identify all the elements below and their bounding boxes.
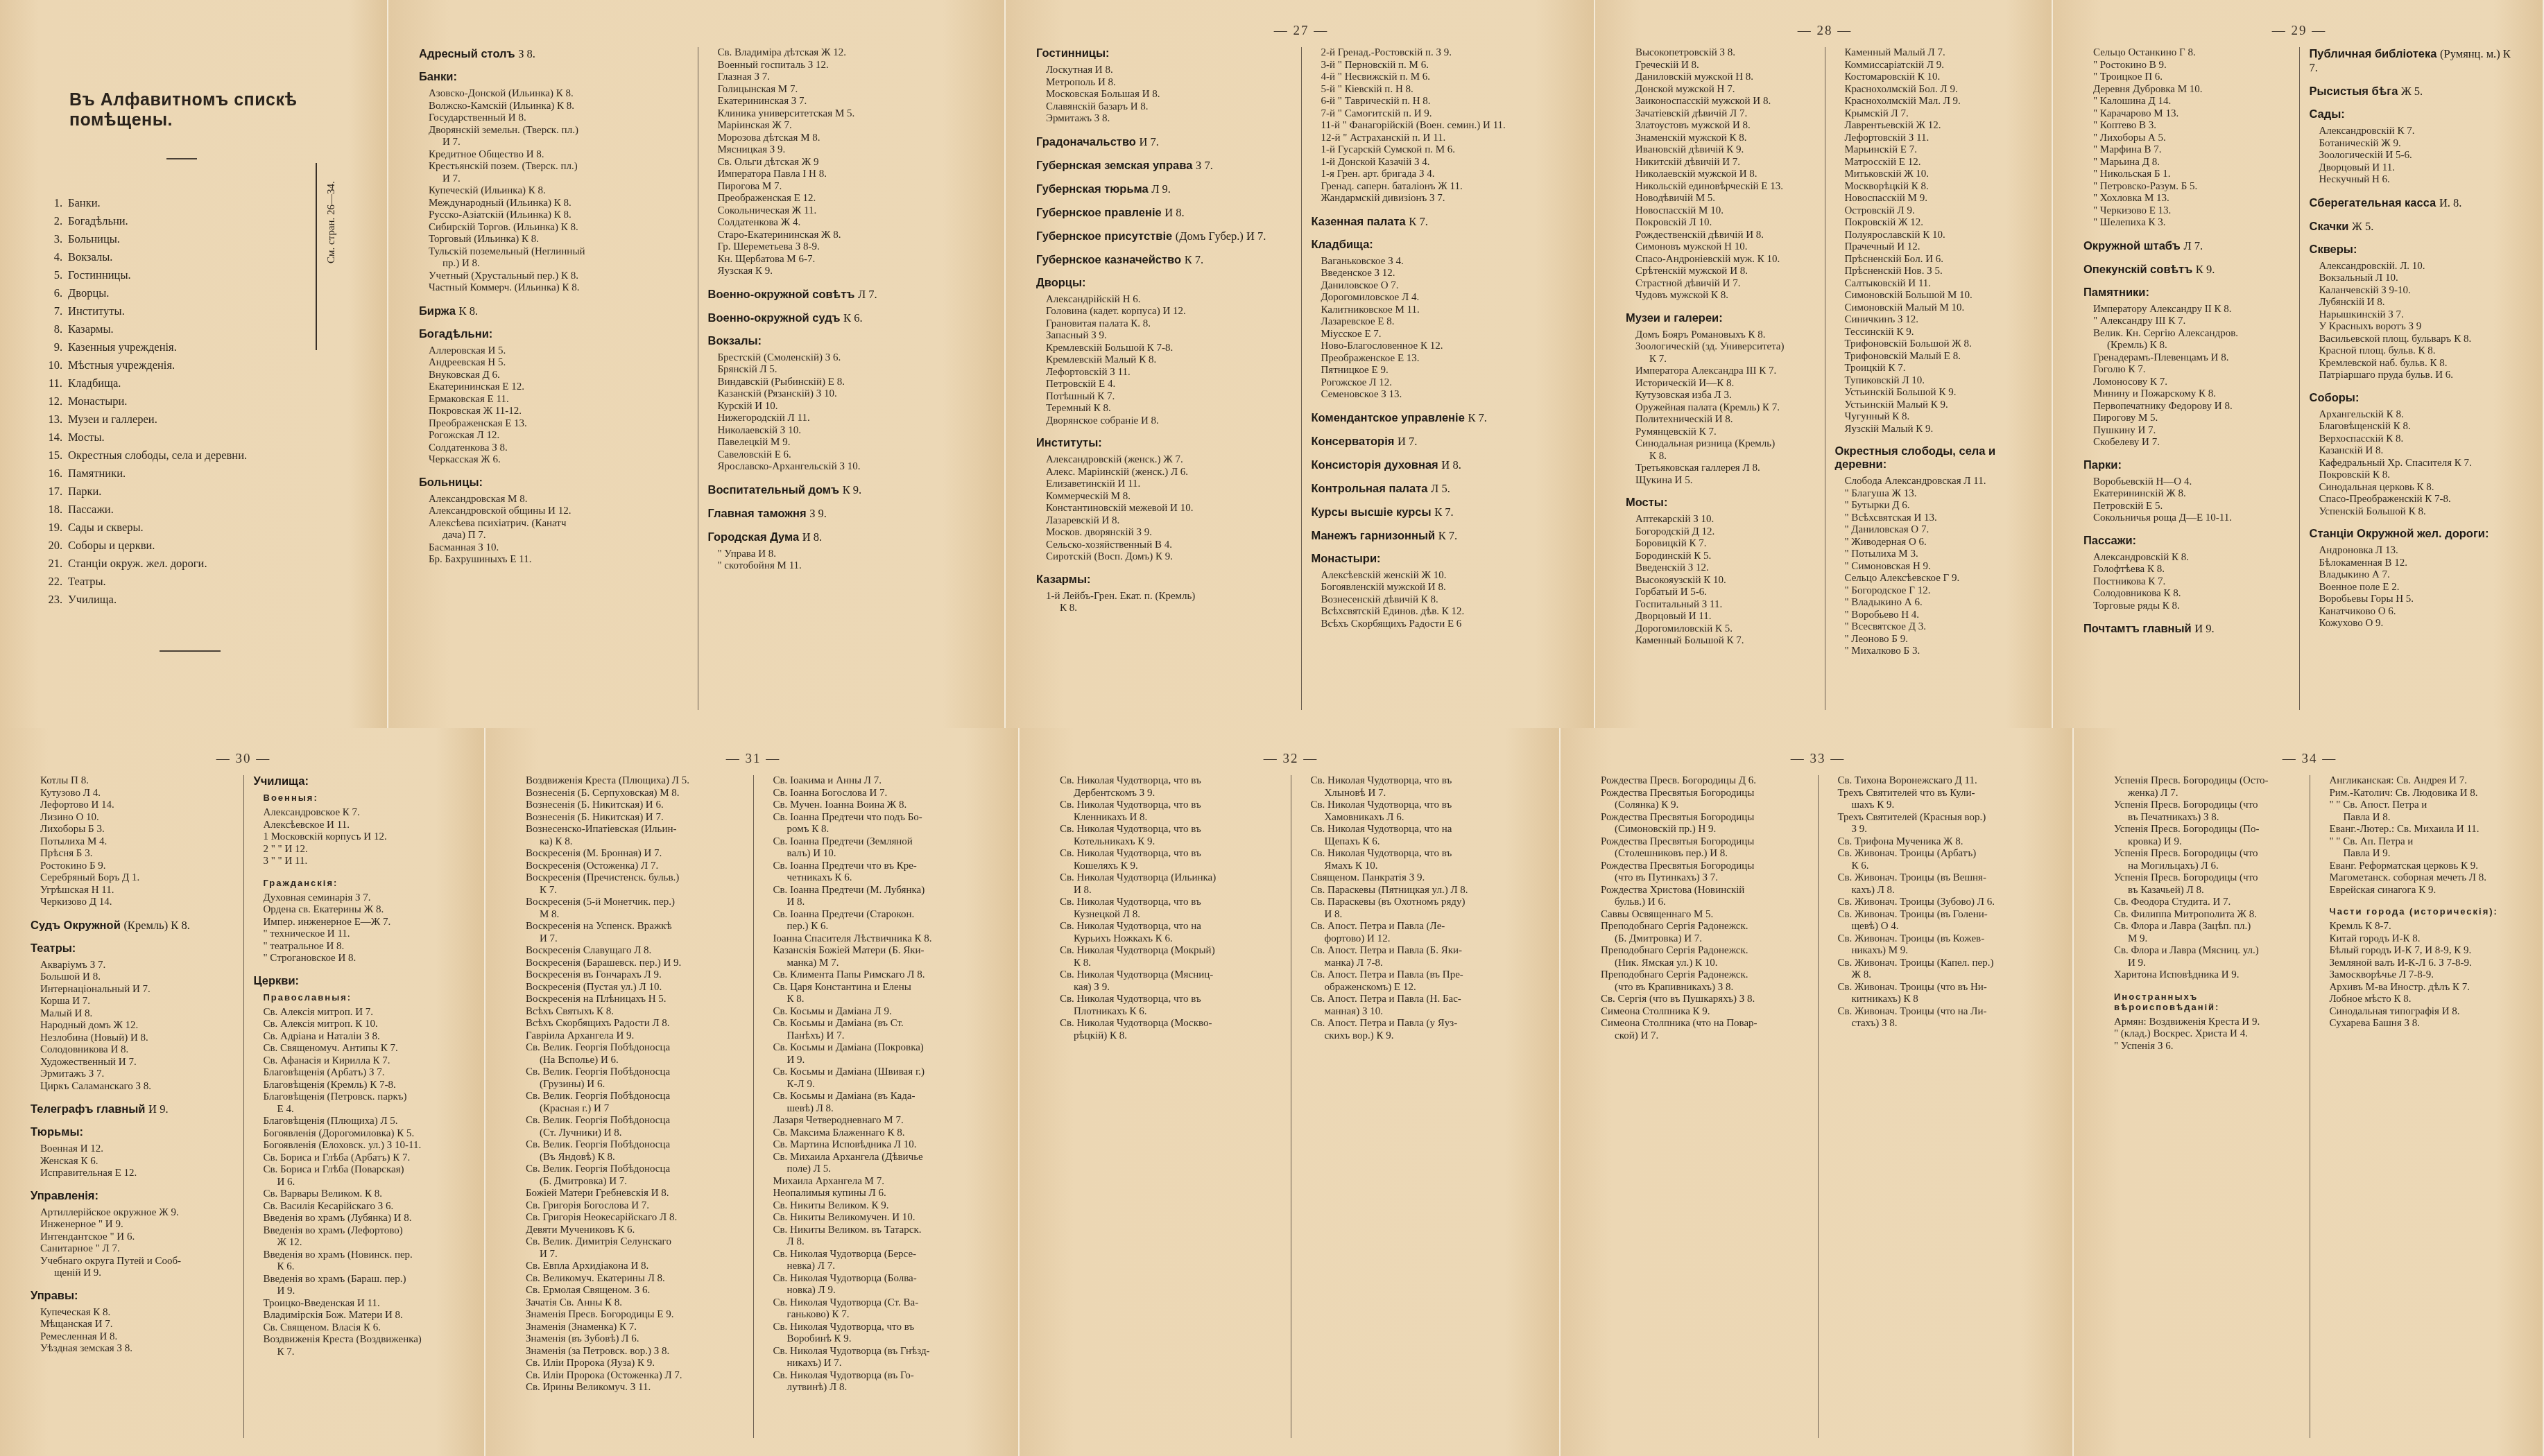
index-entry: Богоявленія (Дорогомиловка) К 5. [254, 1128, 457, 1141]
section-title: Дворцы: [1036, 277, 1086, 289]
index-section: 2-й Гренад.-Ростовскій п. З 9.3-й " Перн… [1312, 47, 1567, 205]
index-entry: Всѣхъ Скорбящихъ Радости Е 6 [1312, 618, 1567, 631]
index-entry: Св. Іоанна Предтечи (М. Лубянка) [764, 885, 991, 897]
index-entry: Св. Флора и Лавра (Зацѣп. пл.) [2104, 921, 2300, 933]
index-entry: Черкизово Д 14. [31, 896, 234, 909]
index-entry: Матросскій Е 12. [1835, 157, 2025, 169]
index-entry: Саввы Освященнаго М 5. [1591, 909, 1808, 921]
index-section: Вокзалы:Брестскій (Смоленскій) З 6.Брянс… [708, 335, 977, 474]
index-entry: Торговый (Ильинка) К 8. [419, 234, 688, 246]
index-entry: Елизаветинскій И 11. [1036, 478, 1291, 491]
index-entry: Прѣсненскій Бол. И 6. [1835, 254, 2025, 266]
index-entry: Симоновъ мужской Н 10. [1626, 241, 1815, 254]
index-entry: Рождества Пресв. Богородицы Д 6. [1591, 775, 1808, 788]
section-heading: Театры: [31, 942, 234, 955]
index-entry: " театральное И 8. [254, 941, 457, 953]
index-entry: Св. Николая Чудотворца (Ст. Ва- [764, 1297, 991, 1310]
index-entry: Художественный И 7. [31, 1057, 234, 1069]
section-heading: Рысистыя бѣга Ж 5. [2310, 85, 2516, 98]
grid-reference: Л 7. [2183, 239, 2203, 252]
index-entry: Московская Большая И 8. [1036, 89, 1291, 101]
index-entry: Бѣлокаменная В 12. [2310, 557, 2516, 570]
index-entry: Св. Иліи Пророка (Яуза) К 9. [516, 1358, 744, 1370]
index-entry: Черкасская Ж 6. [419, 454, 688, 467]
index-entry: Еванг. Реформатская церковь К 9. [2320, 860, 2516, 873]
entry-continuation: четникахъ К 6. [764, 872, 991, 885]
item-label: Парки. [68, 485, 101, 498]
index-entry: Лазаревскій И 8. [1036, 515, 1291, 528]
section-title: Губернская тюрьма [1036, 183, 1149, 196]
grid-reference: К 7. [1185, 253, 1204, 266]
index-section: Кладбища:Ваганьковское З 4.Введенское З … [1312, 239, 1567, 401]
entry-continuation: ромъ К 8. [764, 824, 991, 836]
index-entry: Всѣхсвятскій Единов. дѣв. К 12. [1312, 606, 1567, 618]
index-entry: Лазаря Четверодневнаго М 7. [764, 1115, 991, 1127]
index-section: Гражданскія:Духовная семинарія З 7.Орден… [254, 878, 457, 965]
index-entry: Александровское К 7. [254, 807, 457, 820]
index-section: Св. Николая Чудотворца, что въХлыновѣ И … [1301, 775, 1532, 1042]
index-entry: Св. Велик. Георгія Побѣдоносца [516, 1139, 744, 1152]
index-entry: Зоологическій (зд. Университета) [1626, 341, 1815, 354]
index-entry: Тупиковскій Л 10. [1835, 375, 2025, 388]
index-entry: Архангельскій К 8. [2310, 409, 2516, 422]
index-entry: Священом. Панкратія З 9. [1301, 872, 1532, 885]
section-title: Парки: [2083, 459, 2122, 471]
entry-continuation: (Кремль) К 8. [2083, 340, 2289, 352]
index-entry: Нескучный Н 6. [2310, 174, 2516, 187]
item-number: 22. [42, 573, 62, 591]
index-entry: Глазная З 7. [708, 71, 977, 84]
page-29: — 29 —Сельцо Останкино Г 8." Ростокино В… [2053, 0, 2544, 728]
index-entry: Велик. Кн. Сергію Александров. [2083, 328, 2289, 340]
index-section: Богадѣльни:Аллеровская И 5.Андреевская Н… [419, 328, 688, 467]
index-entry: Іоанна Спасителя Лѣствичника К 8. [764, 933, 991, 946]
index-entry: Св. Косьмы и Даміана (Покровка) [764, 1042, 991, 1055]
index-section: Управленія:Артиллерійское окружное Ж 9.И… [31, 1190, 234, 1280]
index-entry: Императора Павла I Н 8. [708, 168, 977, 181]
entry-continuation: Котельникахъ К 9. [1050, 836, 1281, 849]
index-section: Консерваторія И 7. [1312, 435, 1567, 449]
entry-continuation: никахъ) И 7. [764, 1358, 991, 1370]
page-31: — 31 —Воздвиженія Креста (Плющиха) Л 5.В… [485, 728, 1020, 1456]
page-columns: Успенія Пресв. Богородицы (Осто-женка) Л… [2095, 775, 2525, 1438]
index-entry: Первопечатнику Федорову И 8. [2083, 401, 2289, 413]
index-entry: Св. Апост. Петра и Павла (у Яуз- [1301, 1018, 1532, 1030]
index-entry: Св. Іоанна Предтечи (Старокон. [764, 909, 991, 921]
index-entry: Даниловскій мужской Н 8. [1626, 71, 1815, 84]
index-entry: Маріинская Ж 7. [708, 120, 977, 132]
page-columns: Рождества Пресв. Богородицы Д 6.Рождеств… [1581, 775, 2054, 1438]
section-title: Казенная палата [1312, 216, 1406, 228]
entry-continuation: И 7. [419, 137, 688, 149]
entry-continuation: ображенскомъ) Е 12. [1301, 982, 1532, 994]
index-entry: Преображенское Е 13. [1312, 353, 1567, 365]
contents-item: 8.Казармы. [42, 320, 369, 338]
index-entry: Дорогомиловское Л 4. [1312, 292, 1567, 304]
index-entry: Св. Живонач. Троицы (въ Кожев- [1828, 933, 2045, 946]
index-entry: Св. Іоанна Богослова И 7. [764, 788, 991, 800]
index-entry: " Владыкино А 6. [1835, 597, 2025, 609]
section-title: Городская Дума [708, 531, 800, 544]
section-heading: Больницы: [419, 476, 688, 489]
index-entry: Новодѣвичій М 5. [1626, 193, 1815, 205]
index-entry: Всѣхъ Святыхъ К 8. [516, 1006, 744, 1019]
index-entry: Лефортовскій З 11. [1835, 132, 2025, 145]
index-entry: Устьинскій Малый К 9. [1835, 399, 2025, 412]
index-entry: Спасо-Андроніевскій муж. К 10. [1626, 254, 1815, 266]
index-entry: Св. Иліи Пророка (Остоженка) Л 7. [516, 1370, 744, 1383]
index-entry: 2 " " И 12. [254, 844, 457, 856]
section-heading: Станціи Окружной жел. дороги: [2310, 528, 2516, 541]
entry-continuation: кая) З 9. [1050, 982, 1281, 994]
index-entry: Андреевская Н 5. [419, 357, 688, 370]
entry-continuation: Плотникахъ К 6. [1050, 1006, 1281, 1019]
index-entry: Уѣздная земская З 8. [31, 1343, 234, 1355]
item-label: Мѣстныя учрежденія. [68, 358, 175, 372]
index-entry: Виндавскій (Рыбинскій) Е 8. [708, 376, 977, 389]
index-section: Окрестныя слободы, села и деревни:Слобод… [1835, 445, 2025, 658]
index-entry: Воскресенія (5-й Монетчик. пер.) [516, 896, 744, 909]
index-section: Судъ Окружной (Кремль) К 8. [31, 919, 234, 933]
entry-continuation: новка) Л 9. [764, 1285, 991, 1297]
index-entry: Св. Евпла Архидіакона И 8. [516, 1260, 744, 1273]
entry-continuation: въ Печатникахъ) З 8. [2104, 812, 2300, 824]
index-entry: Рождественскій дѣвичій И 8. [1626, 229, 1815, 242]
index-section: Училища:Военныя:Александровское К 7.Алек… [254, 775, 457, 868]
column: Св. Іоакима и Анны Л 7.Св. Іоанна Богосл… [753, 775, 1001, 1438]
entry-continuation: фортово) И 12. [1301, 933, 1532, 946]
index-entry: Международный (Ильинка) К 8. [419, 198, 688, 210]
index-entry: Вознесенія (Б. Никитская) И 7. [516, 812, 744, 824]
index-entry: Св. Николая Чудотворца (въ Гнѣзд- [764, 1346, 991, 1358]
index-entry: Метрополь И 8. [1036, 77, 1291, 89]
index-entry: Св. Священомуч. Антипы К 7. [254, 1043, 457, 1055]
entry-continuation: поле) Л 5. [764, 1163, 991, 1176]
contents-item: 17.Парки. [42, 483, 369, 501]
index-entry: Св. Живонач. Троицы (что въ Ни- [1828, 982, 2045, 994]
index-entry: Аллеровская И 5. [419, 345, 688, 358]
index-section: Сады:Александровскій К 7.Ботаническій Ж … [2310, 108, 2516, 187]
section-title: Богадѣльни: [419, 328, 492, 340]
index-section: Театры:Акваріумъ З 7.Большой И 8.Интерна… [31, 942, 234, 1093]
index-entry: Св. Велик. Георгія Побѣдоносца [516, 1115, 744, 1127]
section-title: Сберегательная касса [2310, 197, 2436, 209]
index-entry: Ломоносову К 7. [2083, 376, 2289, 389]
section-heading: Казенная палата К 7. [1312, 215, 1567, 229]
section-heading: Управленія: [31, 1190, 234, 1203]
index-entry: Теремный К 8. [1036, 403, 1291, 415]
column: Публичная библіотека (Румянц. м.) К 7.Ры… [2299, 47, 2525, 710]
entry-continuation: З 9. [1828, 824, 2045, 836]
grid-reference: И 8. [1441, 458, 1461, 471]
index-entry: " Бутырки Д 6. [1835, 500, 2025, 512]
index-entry: Міусское Е 7. [1312, 329, 1567, 341]
section-heading: Почтамтъ главный И 9. [2083, 622, 2289, 636]
index-entry: " Шелепиха К 3. [2083, 217, 2289, 229]
index-entry: Никитскій дѣвичій И 7. [1626, 157, 1815, 169]
index-entry: Божіей Матери Гребневскія И 8. [516, 1188, 744, 1200]
grid-reference: И 8. [1164, 206, 1184, 219]
entry-continuation: кровка) И 9. [2104, 836, 2300, 849]
page-28: — 28 —Высокопетровскій З 8.Греческій И 8… [1595, 0, 2053, 728]
index-entry: Большой И 8. [31, 971, 234, 984]
grid-reference: Ж 5. [2401, 85, 2423, 98]
index-entry: Островскій Л 9. [1835, 205, 2025, 218]
section-title: Казармы: [1036, 573, 1090, 586]
index-entry: Св. Николая Чудотворца, что въ [1050, 775, 1281, 788]
index-entry: Солдатенкова Ж 4. [708, 217, 977, 229]
index-entry: Св. Живонач. Троицы (что на Ли- [1828, 1006, 2045, 1019]
index-entry: Св. Іоакима и Анны Л 7. [764, 775, 991, 788]
item-number: 18. [42, 501, 62, 519]
page-26: Адресный столъ З 8.Банки:Азовско-Донской… [388, 0, 1006, 728]
index-entry: Интернаціональный И 7. [31, 984, 234, 996]
index-entry: Св. Сергія (что въ Пушкаряхъ) З 8. [1591, 994, 1808, 1006]
contents-item: 10.Мѣстныя учрежденія. [42, 356, 369, 374]
index-section: Тюрьмы:Военная И 12.Женская К 6.Исправит… [31, 1126, 234, 1180]
entry-continuation: женка) Л 7. [2104, 788, 2300, 800]
index-entry: Синичкинъ З 12. [1835, 314, 2025, 327]
index-entry: " техническое И 11. [254, 928, 457, 941]
column: Св. Николая Чудотворца, что въХлыновѣ И … [1291, 775, 1542, 1438]
index-entry: Румянцевскій К 7. [1626, 426, 1815, 439]
column: Рождества Пресв. Богородицы Д 6.Рождеств… [1581, 775, 1818, 1438]
index-entry: Св. Николая Чудотворца, что на [1301, 824, 1532, 836]
index-section: Военно-окружной совѣтъ Л 7. [708, 288, 977, 302]
index-entry: " Благуша Ж 13. [1835, 488, 2025, 501]
contents-item: 23.Училища. [42, 591, 369, 609]
index-entry: " Потылиха М 3. [1835, 548, 2025, 561]
index-section: Св. Николая Чудотворца, что въДербентско… [1050, 775, 1281, 1042]
index-entry: Александрійскій Н 6. [1036, 294, 1291, 306]
index-entry: Св. Іоанна Предтечи что подъ Бо- [764, 812, 991, 824]
index-entry: Сиротскій (Восп. Домъ) К 9. [1036, 551, 1291, 564]
index-entry: Преподобнаго Сергія Радонежск. [1591, 921, 1808, 933]
index-entry: Св. Живонач. Троицы (въ Голени- [1828, 909, 2045, 921]
index-section: Сберегательная касса И. 8. [2310, 196, 2516, 210]
grid-reference: И 8. [802, 530, 822, 544]
section-heading: Курсы высшіе курсы К 7. [1312, 505, 1567, 519]
index-entry: Незлобина (Новый) И 8. [31, 1032, 234, 1045]
index-section: Скачки Ж 5. [2310, 220, 2516, 234]
index-entry: Св. Параскевы (Пятницкая ул.) Л 8. [1301, 885, 1532, 897]
index-entry: Симеона Столпника К 9. [1591, 1006, 1808, 1019]
section-heading: Окружной штабъ Л 7. [2083, 239, 2289, 253]
index-entry: Св. Никиты Великомучен. И 10. [764, 1212, 991, 1224]
index-entry: Историческій И—К 8. [1626, 378, 1815, 390]
index-entry: Знаменія (Знаменка) К 7. [516, 1321, 744, 1334]
index-entry: Харитона Исповѣдника И 9. [2104, 969, 2300, 982]
index-entry: Александровскій (женск.) Ж 7. [1036, 454, 1291, 467]
entry-continuation: манная) З 10. [1301, 1006, 1532, 1019]
index-entry: Красной площ. бульв. К 8. [2310, 345, 2516, 358]
section-heading: Контрольная палата Л 5. [1312, 482, 1567, 496]
item-label: Музеи и галлереи. [68, 413, 157, 426]
index-entry: Воробьевы Горы Н 5. [2310, 593, 2516, 606]
entry-continuation: И 8. [1301, 909, 1532, 921]
section-title: Больницы: [419, 476, 483, 489]
index-entry: Гоголю К 7. [2083, 364, 2289, 376]
index-entry: Чугунный К 8. [1835, 411, 2025, 424]
subsection-heading: Гражданскія: [264, 878, 457, 888]
index-entry: Св. Велик. Димитрія Селунскаго [516, 1236, 744, 1249]
grid-reference: К 9. [843, 483, 862, 496]
index-entry: Лефортово И 14. [31, 799, 234, 812]
index-entry: Рогожская Л 12. [419, 430, 688, 442]
entry-continuation: Дербентскомъ З 9. [1050, 788, 1281, 800]
index-entry: Оружейная палата (Кремль) К 7. [1626, 402, 1815, 415]
index-entry: " Петровско-Разум. Б 5. [2083, 181, 2289, 193]
index-entry: Народный домъ Ж 12. [31, 1020, 234, 1032]
index-entry: Св. Царя Константина и Елены [764, 982, 991, 994]
index-entry: Воскресенія (М. Бронная) И 7. [516, 848, 744, 860]
index-section: Св. Тихона Воронежскаго Д 11.Трехъ Святи… [1828, 775, 2045, 1030]
index-entry: Потылиха М 4. [31, 836, 234, 849]
index-entry: Митьковскій Ж 10. [1835, 168, 2025, 181]
index-section: Губернское правленіе И 8. [1036, 206, 1291, 220]
index-entry: Алексѣева психіатрич. (Канатч [419, 518, 688, 530]
section-heading: Публичная библіотека (Румянц. м.) К 7. [2310, 47, 2516, 75]
section-heading: Манежъ гарнизонный К 7. [1312, 529, 1567, 543]
index-entry: Воскресенія (Пустая ул.) Л 10. [516, 982, 744, 994]
brace-line [316, 163, 317, 350]
index-entry: Св. Николая Чудотворца, что въ [764, 1321, 991, 1334]
index-entry: Учебнаго округа Путей и Сооб- [31, 1256, 234, 1268]
section-heading: Главная таможня З 9. [708, 507, 977, 521]
item-number: 2. [42, 212, 62, 230]
index-entry: Каменный Малый Л 7. [1835, 47, 2025, 60]
index-entry: 4-й " Несвижскій п. М 6. [1312, 71, 1567, 84]
index-entry: Преображенская Е 13. [419, 418, 688, 431]
index-entry: Ремесленная И 8. [31, 1331, 234, 1344]
index-entry: " Марьина Д 8. [2083, 157, 2289, 169]
index-entry: Яузская К 9. [708, 266, 977, 278]
entry-continuation: щеній И 9. [31, 1267, 234, 1280]
index-entry: Лазаревское Е 8. [1312, 316, 1567, 329]
entry-continuation: И 7. [516, 933, 744, 946]
section-title: Монастыри: [1312, 553, 1381, 565]
index-entry: Рождества Пресвятыя Богородицы [1591, 860, 1808, 873]
section-heading: Скверы: [2310, 243, 2516, 257]
index-entry: Скобелеву И 7. [2083, 437, 2289, 449]
index-section: Скверы:Александровскій. Л. 10.Вокзальный… [2310, 243, 2516, 382]
index-entry: Кремлевскій Малый К 8. [1036, 354, 1291, 367]
index-entry: Купеческій (Ильинка) К 8. [419, 185, 688, 198]
entry-continuation: И 9. [2104, 957, 2300, 970]
index-entry: Введенія во храмъ (Новинск. пер. [254, 1249, 457, 1262]
index-entry: Мѣщанская И 7. [31, 1319, 234, 1331]
index-entry: Лихоборы Б 3. [31, 824, 234, 836]
index-entry: Ордена св. Екатерины Ж 8. [254, 904, 457, 917]
section-heading: Губернская земская управа З 7. [1036, 159, 1291, 173]
index-entry: Св. Священом. Власія К 6. [254, 1322, 457, 1335]
column: Воздвиженія Креста (Плющиха) Л 5.Вознесе… [506, 775, 753, 1438]
index-entry: Сокольничья роща Д—Е 10-11. [2083, 512, 2289, 525]
index-entry: Александровскій К 8. [2083, 552, 2289, 564]
entry-continuation: Павла И 9. [2320, 848, 2516, 860]
section-title: Контрольная палата [1312, 483, 1428, 495]
contents-item: 4.Вокзалы. [42, 248, 369, 266]
index-entry: Св. Флора и Лавра (Мясниц. ул.) [2104, 945, 2300, 957]
grid-reference: К 7. [1409, 215, 1428, 228]
grid-reference: И 7. [1398, 435, 1417, 448]
index-entry: Замоскворѣчье Л 7-8-9. [2320, 969, 2516, 982]
index-entry: 3-й " Перновскій п. М 6. [1312, 60, 1567, 72]
item-number: 6. [42, 284, 62, 302]
index-entry: Преподобнаго Сергія Радонежск. [1591, 945, 1808, 957]
index-entry: Аптекарскій З 10. [1626, 514, 1815, 526]
page-columns: Гостинницы:Лоскутная И 8.Метрополь И 8.М… [1026, 47, 1576, 710]
item-number: 20. [42, 537, 62, 555]
entry-continuation: Павла И 8. [2320, 812, 2516, 824]
index-entry: Вознесенія (Б. Серпуховская) М 8. [516, 788, 744, 800]
entry-continuation: (На Всполье) И 6. [516, 1055, 744, 1067]
index-entry: Преподобнаго Сергія Радонежск. [1591, 969, 1808, 982]
index-entry: Англиканская: Св. Андрея И 7. [2320, 775, 2516, 788]
section-heading: Окрестныя слободы, села и деревни: [1835, 445, 2025, 471]
item-number: 16. [42, 465, 62, 483]
index-entry: Боровицкій К 7. [1626, 538, 1815, 551]
entry-continuation: (Симоновскій пр.) Н 9. [1591, 824, 1808, 836]
index-entry: Рождества Пресвятыя Богородицы [1591, 836, 1808, 849]
index-entry: Пятницкое Е 9. [1312, 365, 1567, 377]
page-27: — 27 —Гостинницы:Лоскутная И 8.Метрополь… [1006, 0, 1595, 728]
index-section: Церкви:Православныя:Св. Алексія митроп. … [254, 975, 457, 1359]
section-heading: Адресный столъ З 8. [419, 47, 688, 61]
section-title: Курсы высшіе курсы [1312, 506, 1432, 519]
section-heading: Казармы: [1036, 573, 1291, 587]
page-columns: Адресный столъ З 8.Банки:Азовско-Донской… [409, 47, 986, 710]
item-label: Гостинницы. [68, 268, 131, 281]
item-label: Театры. [68, 575, 106, 588]
index-entry: Св. Іоанна Предтечи что въ Кре- [764, 860, 991, 873]
entry-continuation: стахъ) З 8. [1828, 1018, 2045, 1030]
index-entry: " Александру III К 7. [2083, 315, 2289, 328]
index-entry: Преображенская Е 12. [708, 193, 977, 205]
index-entry: Каланчевскій З 9-10. [2310, 285, 2516, 297]
entry-continuation: манка) М 7. [764, 957, 991, 970]
index-entry: Спасо-Преображенскій К 7-8. [2310, 494, 2516, 506]
item-label: Пассажи. [68, 503, 114, 516]
index-entry: Воздвиженія Креста (Воздвиженка) [254, 1334, 457, 1346]
index-entry: Дорогомиловскій К 5. [1626, 623, 1815, 636]
index-entry: Знаменскій мужской К 8. [1626, 132, 1815, 145]
index-entry: " Симоновская Н 9. [1835, 561, 2025, 573]
index-entry: Императора Александра III К 7. [1626, 365, 1815, 378]
section-title: Воспитательный домъ [708, 484, 840, 496]
index-entry: Ваганьковское З 4. [1312, 256, 1567, 268]
index-section: Адресный столъ З 8. [419, 47, 688, 61]
index-entry: Св. Бориса и Глѣба (Арбатъ) К 7. [254, 1152, 457, 1165]
index-section: Главная таможня З 9. [708, 507, 977, 521]
item-label: Вокзалы. [68, 250, 113, 263]
index-entry: Успенія Пресв. Богородицы (что [2104, 848, 2300, 860]
index-entry: Св. Живонач. Троицы (Зубово) Л 6. [1828, 896, 2045, 909]
index-entry: Сибирскій Торгов. (Ильинка) К 8. [419, 222, 688, 234]
index-entry: Ростокино Б 9. [31, 860, 234, 873]
index-entry: Св. Велик. Георгія Побѣдоносца [516, 1091, 744, 1103]
index-entry: Третьяковская галлерея Л 8. [1626, 462, 1815, 475]
item-number: 7. [42, 302, 62, 320]
item-number: 10. [42, 356, 62, 374]
grid-reference: Ж 5. [2352, 220, 2373, 233]
index-entry: Трифоновскій Большой Ж 8. [1835, 338, 2025, 351]
item-label: Сады и скверы. [68, 521, 144, 534]
index-entry: Вознесенскій дѣвичій К 8. [1312, 594, 1567, 607]
section-title: Станціи Окружной жел. дороги: [2310, 528, 2489, 540]
index-entry: Циркъ Саламанскаго З 8. [31, 1081, 234, 1093]
index-entry: Курскій И 10. [708, 401, 977, 413]
